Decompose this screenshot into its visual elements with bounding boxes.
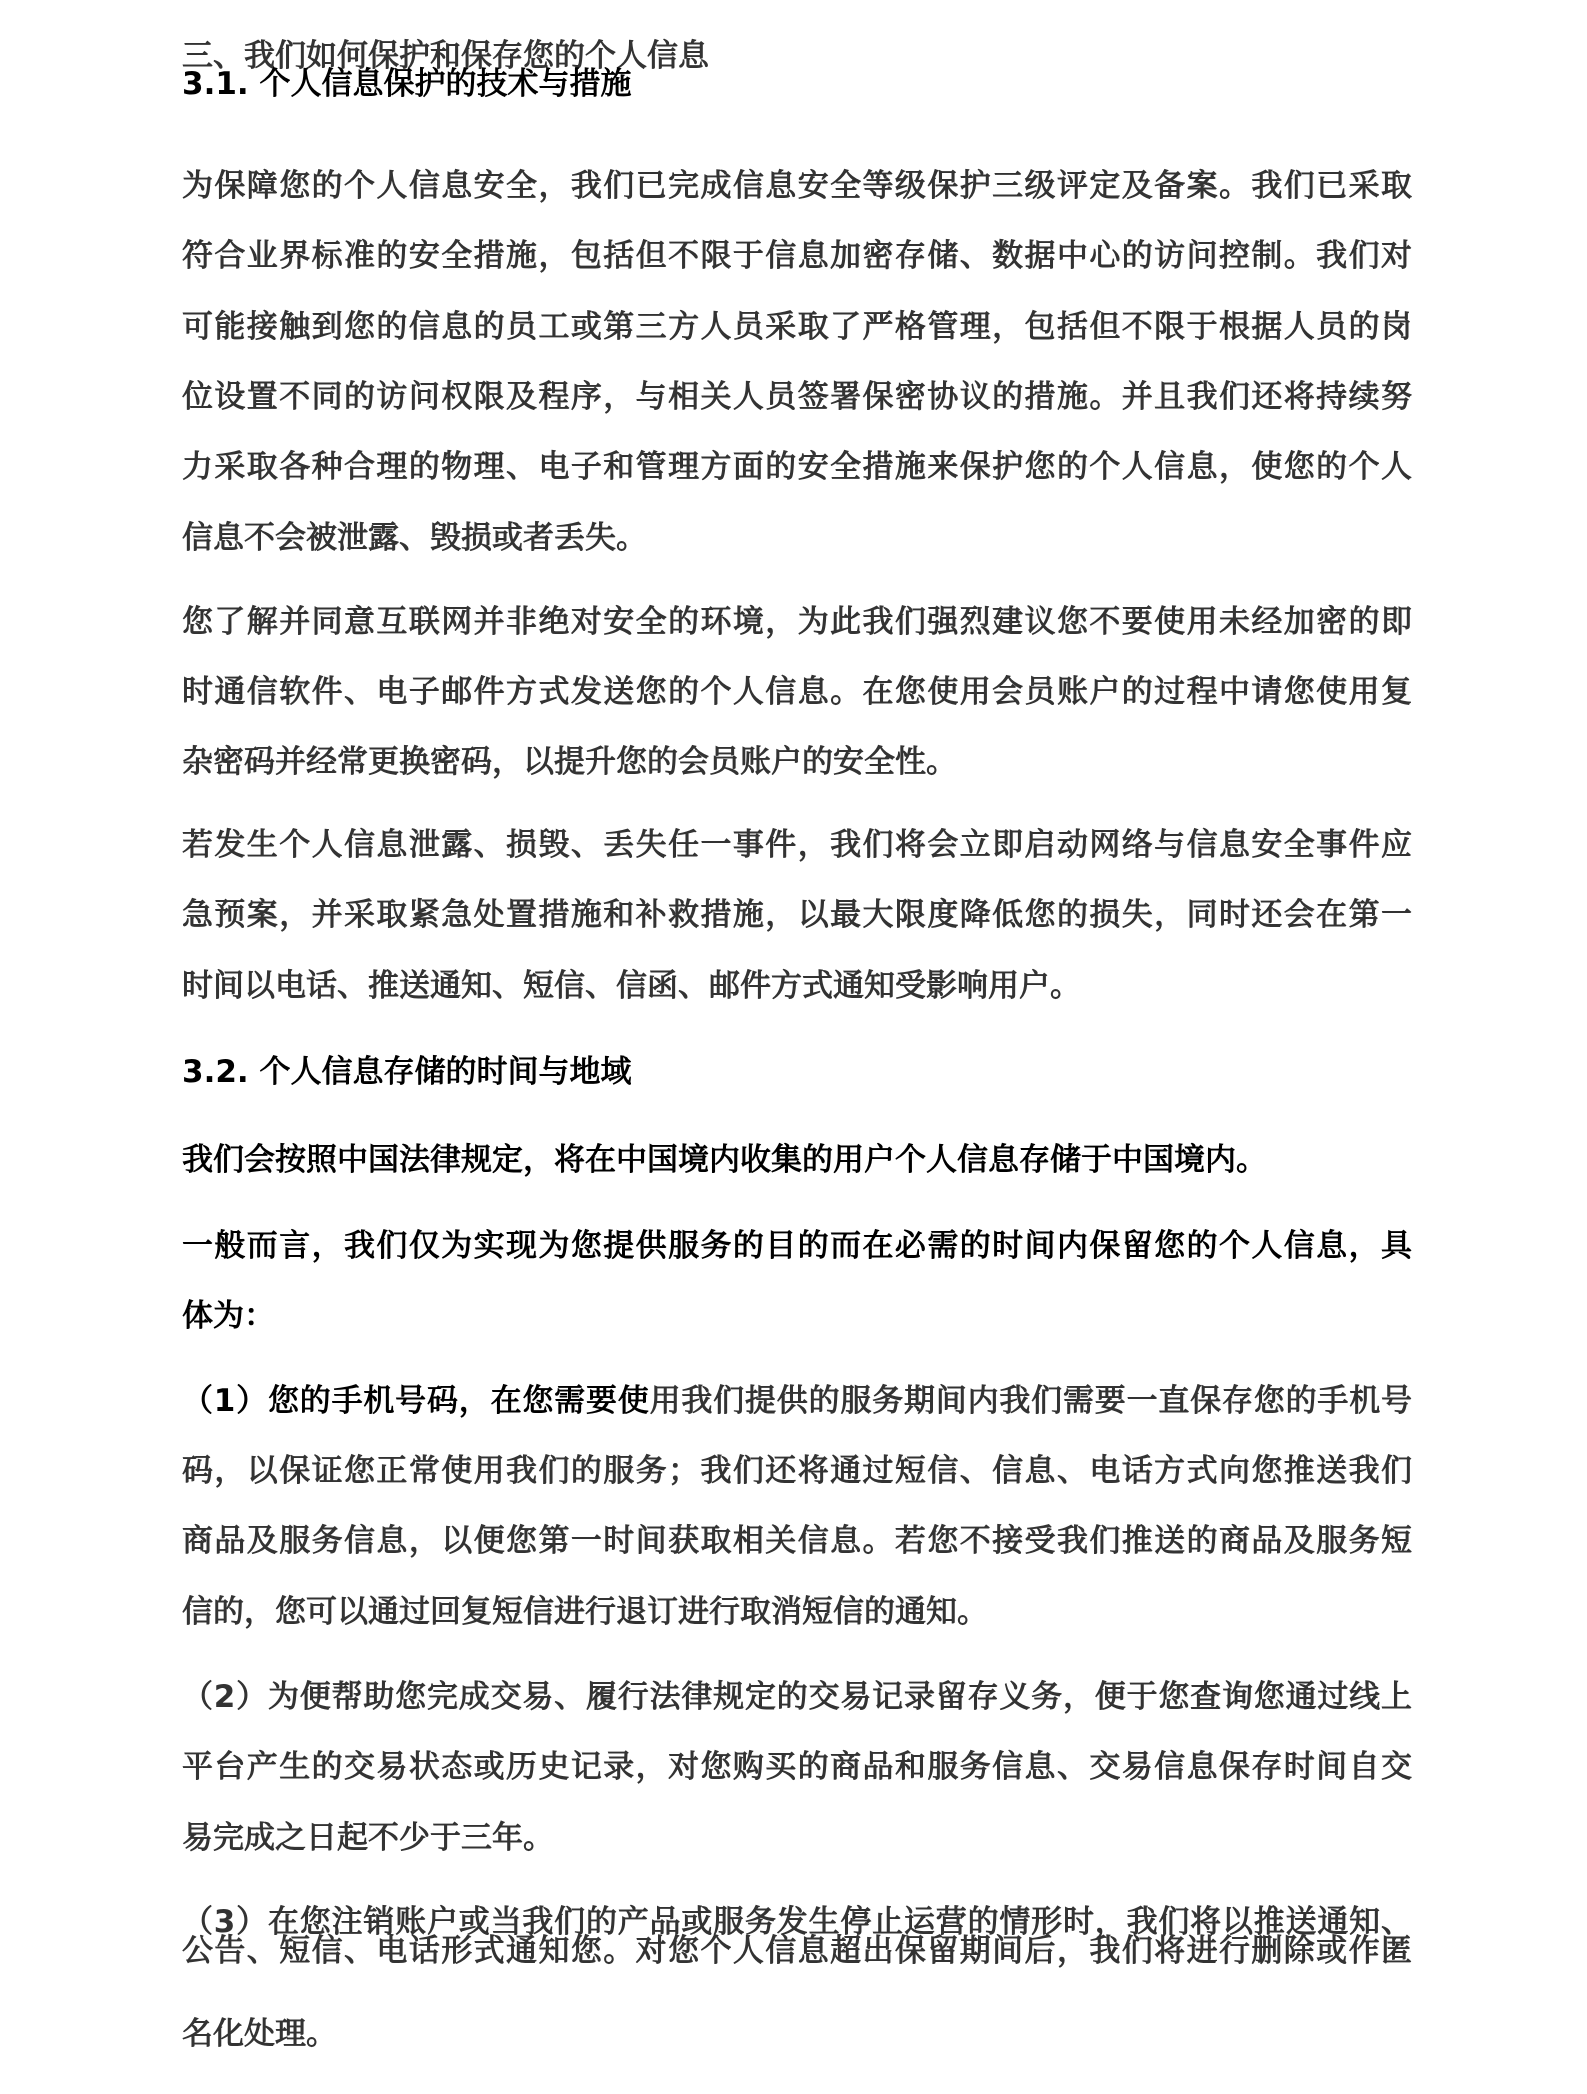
paragraph-line: 公告、短信、电话形式通知您。对您个人信息超出保留期间后，我们将进行删除或作匿: [182, 1933, 1412, 1969]
paragraph-line: 商品及服务信息，以便您第一时间获取相关信息。若您不接受我们推送的商品及服务短: [182, 1523, 1412, 1559]
item-1-lead-rest: 用我们提供的服务期间内我们需要一直保存您的手机号: [650, 1383, 1412, 1419]
paragraph-line: 时通信软件、电子邮件方式发送您的个人信息。在您使用会员账户的过程中请您使用复: [182, 674, 1412, 710]
paragraph-line: 位设置不同的访问权限及程序，与相关人员签署保密协议的措施。并且我们还将持续努: [182, 379, 1412, 415]
paragraph-line: 体为：: [182, 1298, 275, 1334]
paragraph-line: 时间以电话、推送通知、短信、信函、邮件方式通知受影响用户。: [182, 968, 1081, 1004]
paragraph-line: 急预案，并采取紧急处置措施和补救措施，以最大限度降低您的损失，同时还会在第一: [182, 897, 1412, 933]
paragraph-line: 我们会按照中国法律规定，将在中国境内收集的用户个人信息存储于中国境内。: [182, 1142, 1267, 1178]
paragraph-line: （1）您的手机号码，在您需要使用我们提供的服务期间内我们需要一直保存您的手机号: [182, 1383, 1412, 1419]
paragraph-line: 您了解并同意互联网并非绝对安全的环境，为此我们强烈建议您不要使用未经加密的即: [182, 604, 1412, 640]
item-1-lead: （1）您的手机号码，在您需要使: [182, 1383, 650, 1419]
subsection-heading-3-1: 3.1. 个人信息保护的技术与措施: [182, 66, 631, 102]
paragraph-line: 名化处理。: [182, 2016, 337, 2052]
paragraph-line: 力采取各种合理的物理、电子和管理方面的安全措施来保护您的个人信息，使您的个人: [182, 449, 1412, 485]
paragraph-line: 平台产生的交易状态或历史记录，对您购买的商品和服务信息、交易信息保存时间自交: [182, 1749, 1412, 1785]
paragraph-line: 信的，您可以通过回复短信进行退订进行取消短信的通知。: [182, 1594, 988, 1630]
paragraph-line: 信息不会被泄露、毁损或者丢失。: [182, 520, 647, 556]
paragraph-line: 若发生个人信息泄露、损毁、丢失任一事件，我们将会立即启动网络与信息安全事件应: [182, 827, 1412, 863]
paragraph-line: 易完成之日起不少于三年。: [182, 1820, 554, 1856]
paragraph-line: （2）为便帮助您完成交易、履行法律规定的交易记录留存义务，便于您查询您通过线上: [182, 1679, 1412, 1715]
paragraph-line: 杂密码并经常更换密码，以提升您的会员账户的安全性。: [182, 744, 957, 780]
subsection-heading-3-2: 3.2. 个人信息存储的时间与地域: [182, 1054, 631, 1090]
paragraph-line: 一般而言，我们仅为实现为您提供服务的目的而在必需的时间内保留您的个人信息，具: [182, 1228, 1412, 1264]
paragraph-line: 码，以保证您正常使用我们的服务；我们还将通过短信、信息、电话方式向您推送我们: [182, 1453, 1412, 1489]
paragraph-line: 可能接触到您的信息的员工或第三方人员采取了严格管理，包括但不限于根据人员的岗: [182, 309, 1412, 345]
paragraph-line: 符合业界标准的安全措施，包括但不限于信息加密存储、数据中心的访问控制。我们对: [182, 238, 1412, 274]
paragraph-line: 为保障您的个人信息安全，我们已完成信息安全等级保护三级评定及备案。我们已采取: [182, 168, 1412, 204]
